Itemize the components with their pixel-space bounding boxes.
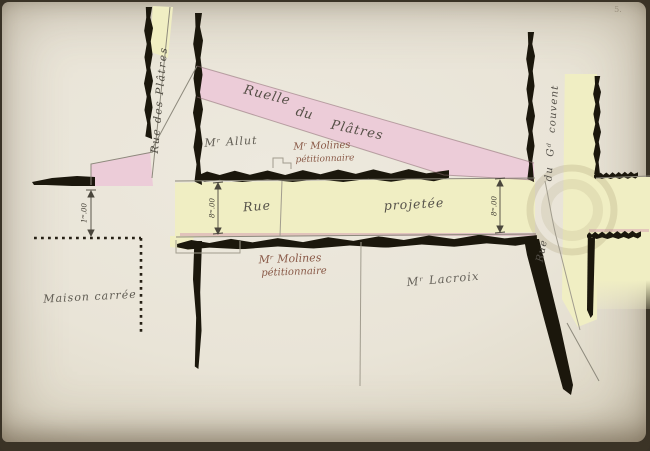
label-owner-molines-north-1: Mʳ Molines [293, 141, 350, 153]
east-segment-north-edge [596, 176, 650, 178]
crossing-curve-2 [556, 236, 580, 330]
lot-line-lacroix [360, 242, 361, 386]
notch-south [176, 240, 240, 253]
rue-projetee-north-edge [175, 178, 535, 181]
page-number: 5. [614, 6, 622, 14]
couvent-south-diagonal [567, 323, 599, 381]
label-owner-allut: Mʳ Allut [204, 135, 258, 149]
scanned-plan-photo: Rue des Plâtres Ruelle du Plâtres Mʳ All… [0, 0, 650, 451]
maison-carree-dashed-outline [34, 238, 141, 334]
label-owner-molines-south-1: Mʳ Molines [258, 252, 321, 266]
dim-label-west: 8ᵐ.00 [209, 198, 216, 218]
lot-line-crossing-street [280, 181, 282, 236]
crossing-curve-1 [545, 181, 556, 236]
plan-linework [0, 0, 650, 451]
dim-label-maison: 1ᵐ.00 [81, 203, 88, 223]
label-rue-projetee-word2: projetée [383, 196, 444, 212]
west-wedge-outline [91, 152, 153, 185]
ruelle-north-outline [197, 66, 534, 163]
label-rue-projetee-word1: Rue [243, 198, 272, 213]
dim-label-east: 8ᵐ.00 [491, 196, 498, 216]
rue-projetee-south-edge [176, 234, 536, 237]
notch-north [273, 158, 291, 169]
